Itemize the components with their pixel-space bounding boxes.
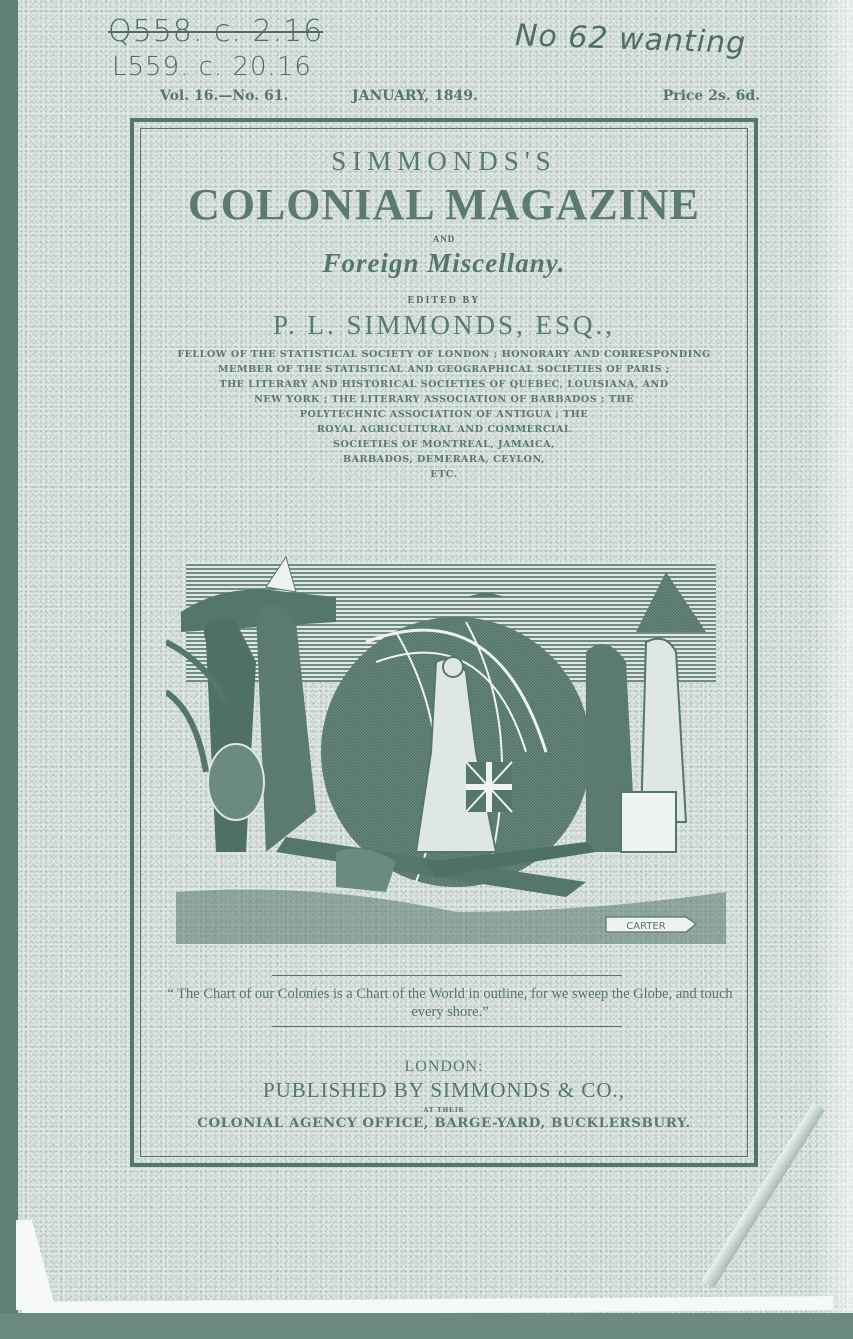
edited-by-label: EDITED BY bbox=[136, 295, 752, 306]
page-edge-highlight bbox=[813, 0, 853, 1339]
imprint-publisher: PUBLISHED BY SIMMONDS & CO., bbox=[136, 1078, 752, 1103]
imprint-city: LONDON: bbox=[136, 1058, 752, 1076]
credential-line: BARBADOS, DEMERARA, CEYLON, bbox=[136, 452, 752, 467]
title-possessive: SIMMONDS'S bbox=[136, 146, 752, 177]
current-shelfmark: L559. c. 20.16 bbox=[112, 52, 312, 82]
epigraph-rule-bottom bbox=[272, 1026, 622, 1027]
scan-bottom-band bbox=[0, 1313, 853, 1339]
epigraph-rule-top bbox=[272, 975, 622, 976]
imprint-block: LONDON: PUBLISHED BY SIMMONDS & CO., AT … bbox=[136, 1058, 752, 1131]
credential-line: NEW YORK ; THE LITERARY ASSOCIATION OF B… bbox=[136, 392, 752, 407]
binding-spine bbox=[0, 0, 18, 1339]
issue-price: Price 2s. 6d. bbox=[663, 88, 760, 104]
credential-line: THE LITERARY AND HISTORICAL SOCIETIES OF… bbox=[136, 377, 752, 392]
credential-line: ROYAL AGRICULTURAL AND COMMERCIAL bbox=[136, 422, 752, 437]
masthead: Vol. 16.—No. 61. JANUARY, 1849. Price 2s… bbox=[160, 88, 760, 110]
credential-line: POLYTECHNIC ASSOCIATION OF ANTIGUA ; THE bbox=[136, 407, 752, 422]
issue-date: JANUARY, 1849. bbox=[352, 88, 478, 104]
imprint-address: COLONIAL AGENCY OFFICE, BARGE-YARD, BUCK… bbox=[136, 1115, 752, 1131]
britannia-engraving: CARTER bbox=[166, 552, 732, 944]
magazine-subtitle: Foreign Miscellany. bbox=[136, 248, 752, 279]
credential-line: ETC. bbox=[136, 467, 752, 482]
magazine-title: COLONIAL MAGAZINE bbox=[136, 179, 752, 230]
imprint-at-their: AT THEIR bbox=[136, 1106, 752, 1114]
volume-number: Vol. 16.—No. 61. bbox=[160, 88, 288, 104]
engraving-illustration-icon: CARTER bbox=[166, 552, 732, 944]
credential-line: SOCIETIES OF MONTREAL, JAMAICA, bbox=[136, 437, 752, 452]
editor-name: P. L. SIMMONDS, ESQ., bbox=[136, 310, 752, 341]
epigraph-quote: “ The Chart of our Colonies is a Chart o… bbox=[150, 985, 750, 1021]
title-block: SIMMONDS'S COLONIAL MAGAZINE AND Foreign… bbox=[136, 124, 752, 482]
engraver-signature: CARTER bbox=[626, 921, 665, 932]
title-conjunction: AND bbox=[136, 234, 752, 244]
editor-credentials: FELLOW OF THE STATISTICAL SOCIETY OF LON… bbox=[136, 347, 752, 482]
credential-line: MEMBER OF THE STATISTICAL AND GEOGRAPHIC… bbox=[136, 362, 752, 377]
credential-line: FELLOW OF THE STATISTICAL SOCIETY OF LON… bbox=[136, 347, 752, 362]
struck-shelfmark: Q558. c. 2.16 bbox=[108, 14, 323, 49]
